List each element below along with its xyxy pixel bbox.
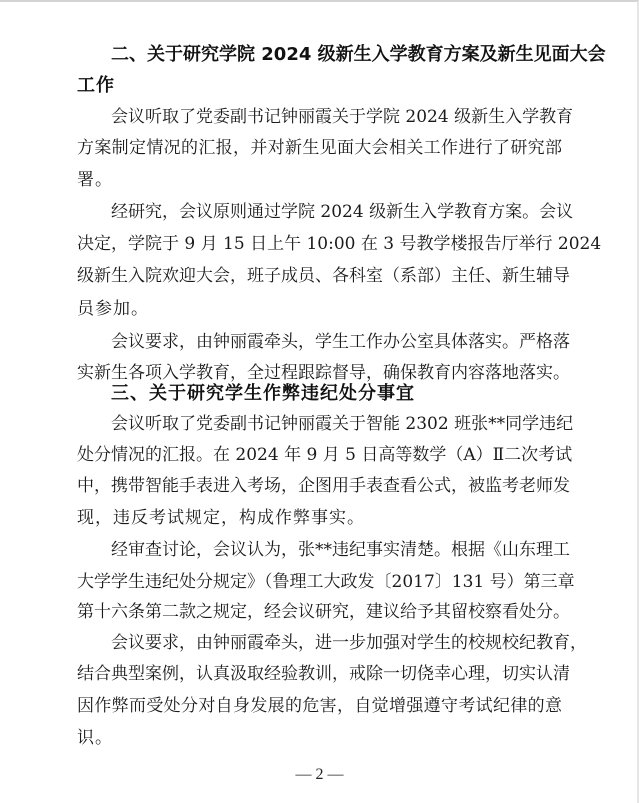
paragraph-line: 署。 <box>77 166 562 194</box>
paragraph-line: 经研究，会议原则通过学院 2024 级新生入学教育方案。会议 <box>111 198 562 226</box>
paragraph-line: 级新生入院欢迎大会，班子成员、各科室（系部）主任、新生辅导 <box>77 262 562 290</box>
page-number: — 2 — <box>0 762 639 788</box>
paragraph-line: 大学学生违纪处分规定》（鲁理工大政发〔2017〕131 号）第三章 <box>77 568 562 596</box>
paragraph-line: 会议听取了党委副书记钟丽霞关于学院 2024 级新生入学教育 <box>111 103 562 131</box>
paragraph-line: 因作弊而受处分对自身发展的危害，自觉增强遵守考试纪律的意 <box>77 692 562 720</box>
paragraph-line: 会议听取了党委副书记钟丽霞关于智能 2302 班张**同学违纪 <box>111 410 562 438</box>
section-heading-line: 工作 <box>77 72 562 100</box>
section-heading-line: 二、关于研究学院 2024 级新生入学教育方案及新生见面大会 <box>111 41 562 69</box>
paragraph-line: 方案制定情况的汇报，并对新生见面大会相关工作进行了研究部 <box>77 134 562 162</box>
document-page: 二、关于研究学院 2024 级新生入学教育方案及新生见面大会工作会议听取了党委副… <box>0 0 639 803</box>
paragraph-line: 决定，学院于 9 月 15 日上午 10:00 在 3 号教学楼报告厅举行 20… <box>77 230 562 258</box>
section-heading-line: 三、关于研究学生作弊违纪处分事宜 <box>111 380 562 408</box>
paragraph-line: 现，违反考试规定，构成作弊事实。 <box>77 504 562 532</box>
paragraph-line: 员参加。 <box>77 295 562 323</box>
paragraph-line: 识。 <box>77 724 562 752</box>
paragraph-line: 经审查讨论，会议认为，张**违纪事实清楚。根据《山东理工 <box>111 536 562 564</box>
paragraph-line: 处分情况的汇报。在 2024 年 9 月 5 日高等数学（A）Ⅱ二次考试 <box>77 441 562 469</box>
paragraph-line: 会议要求，由钟丽霞牵头，学生工作办公室具体落实。严格落 <box>111 328 562 356</box>
paragraph-line: 第十六条第二款之规定，经会议研究，建议给予其留校察看处分。 <box>77 598 562 626</box>
paragraph-line: 中，携带智能手表进入考场，企图用手表查看公式，被监考老师发 <box>77 472 562 500</box>
paragraph-line: 结合典型案例，认真汲取经验教训，戒除一切侥幸心理，切实认清 <box>77 660 562 688</box>
paragraph-line: 会议要求，由钟丽霞牵头，进一步加强对学生的校规校纪教育， <box>111 629 562 657</box>
